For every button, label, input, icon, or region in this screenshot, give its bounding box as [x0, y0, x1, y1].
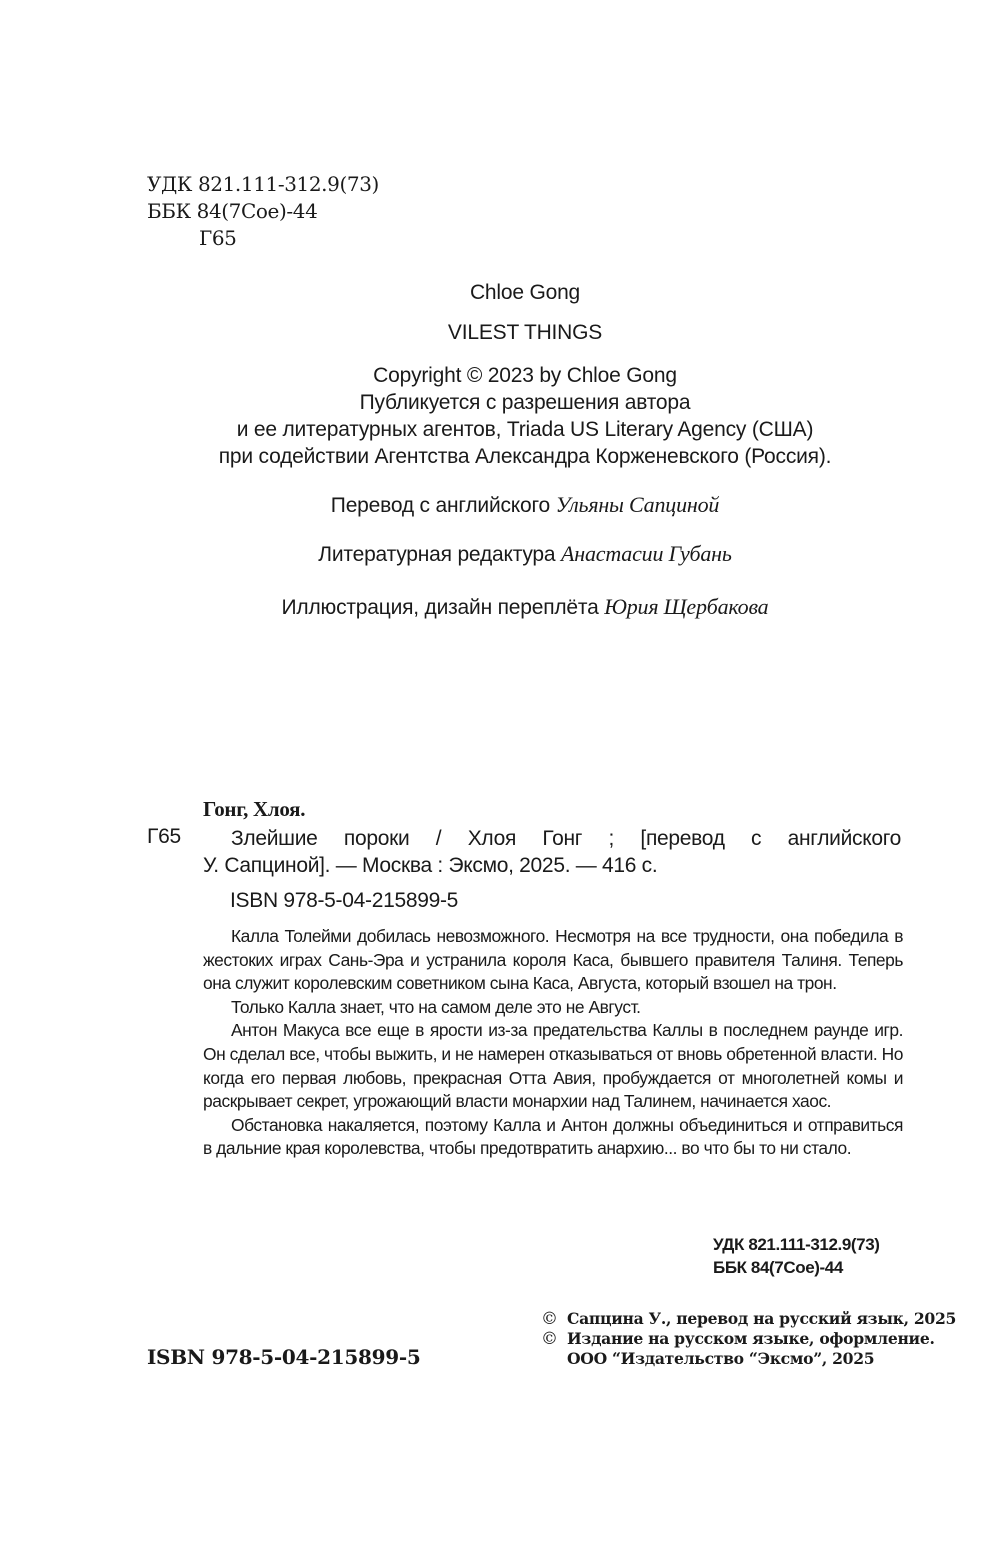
copyright-translation: © Сапцина У., перевод на русский язык, 2… [541, 1309, 956, 1329]
translator-name: Ульяны Сапциной [556, 492, 720, 517]
credit-label: Иллюстрация, дизайн переплёта [282, 596, 599, 619]
classification-block-bottom: УДК 821.111-312.9(73) ББК 84(7Сое)-44 [713, 1233, 880, 1279]
rights-line: Публикуется с разрешения автора [0, 389, 1000, 416]
copyright-icon: © [541, 1329, 567, 1349]
annotation-paragraph: Калла Толейми добилась невозможного. Нес… [203, 925, 903, 996]
author-mark: Г65 [147, 225, 379, 252]
bbk-code: ББК 84(7Сое)-44 [147, 198, 379, 225]
description-line: У. Сапциной]. — Москва : Эксмо, 2025. — … [203, 854, 657, 877]
copyright-text: Издание на русском языке, оформление. [567, 1329, 935, 1349]
illustrator-name: Юрия Щербакова [604, 594, 768, 619]
annotation-paragraph: Только Калла знает, что на самом деле эт… [203, 996, 903, 1020]
rights-statement: Copyright © 2023 by Chloe Gong Публикует… [0, 362, 1000, 470]
bbk-code: ББК 84(7Сое)-44 [713, 1256, 880, 1279]
rights-line: при содействии Агентства Александра Корж… [0, 443, 1000, 470]
bibliographic-description: Злейшие пороки / Хлоя Гонг ; [перевод с … [203, 825, 901, 879]
annotation: Калла Толейми добилась невозможного. Нес… [203, 925, 903, 1161]
bibliographic-isbn: ISBN 978-5-04-215899-5 [230, 889, 458, 913]
copyright-publisher: ООО “Издательство “Эксмо”, 2025 [541, 1349, 956, 1369]
original-author: Chloe Gong [0, 281, 1000, 305]
copyright-line: Copyright © 2023 by Chloe Gong [0, 362, 1000, 389]
copyright-text: ООО “Издательство “Эксмо”, 2025 [567, 1349, 874, 1369]
illustration-credit: Иллюстрация, дизайн переплёта Юрия Щерба… [0, 594, 1000, 620]
annotation-paragraph: Обстановка накаляется, поэтому Калла и А… [203, 1114, 903, 1161]
editor-name: Анастасии Губань [561, 541, 732, 566]
copyright-notices: © Сапцина У., перевод на русский язык, 2… [541, 1309, 956, 1369]
translation-credit: Перевод с английского Ульяны Сапциной [0, 492, 1000, 518]
bibliographic-author-mark: Г65 [147, 825, 181, 849]
indent-spacer [541, 1349, 567, 1369]
original-title: VILEST THINGS [0, 321, 1000, 345]
copyright-text: Сапцина У., перевод на русский язык, 202… [567, 1309, 956, 1329]
description-line: Злейшие пороки / Хлоя Гонг ; [перевод с … [203, 825, 901, 852]
udk-code: УДК 821.111-312.9(73) [713, 1233, 880, 1256]
copyright-edition: © Издание на русском языке, оформление. [541, 1329, 956, 1349]
rights-line: и ее литературных агентов, Triada US Lit… [0, 416, 1000, 443]
credit-label: Перевод с английского [331, 494, 550, 517]
editing-credit: Литературная редактура Анастасии Губань [0, 541, 1000, 567]
bibliographic-author-heading: Гонг, Хлоя. [203, 797, 305, 822]
isbn-footer: ISBN 978-5-04-215899-5 [147, 1345, 420, 1369]
annotation-paragraph: Антон Макуса все еще в ярости из-за пред… [203, 1019, 903, 1113]
udk-code: УДК 821.111-312.9(73) [147, 171, 379, 198]
copyright-icon: © [541, 1309, 567, 1329]
credit-label: Литературная редактура [318, 543, 555, 566]
classification-block-top: УДК 821.111-312.9(73) ББК 84(7Сое)-44 Г6… [147, 171, 379, 252]
